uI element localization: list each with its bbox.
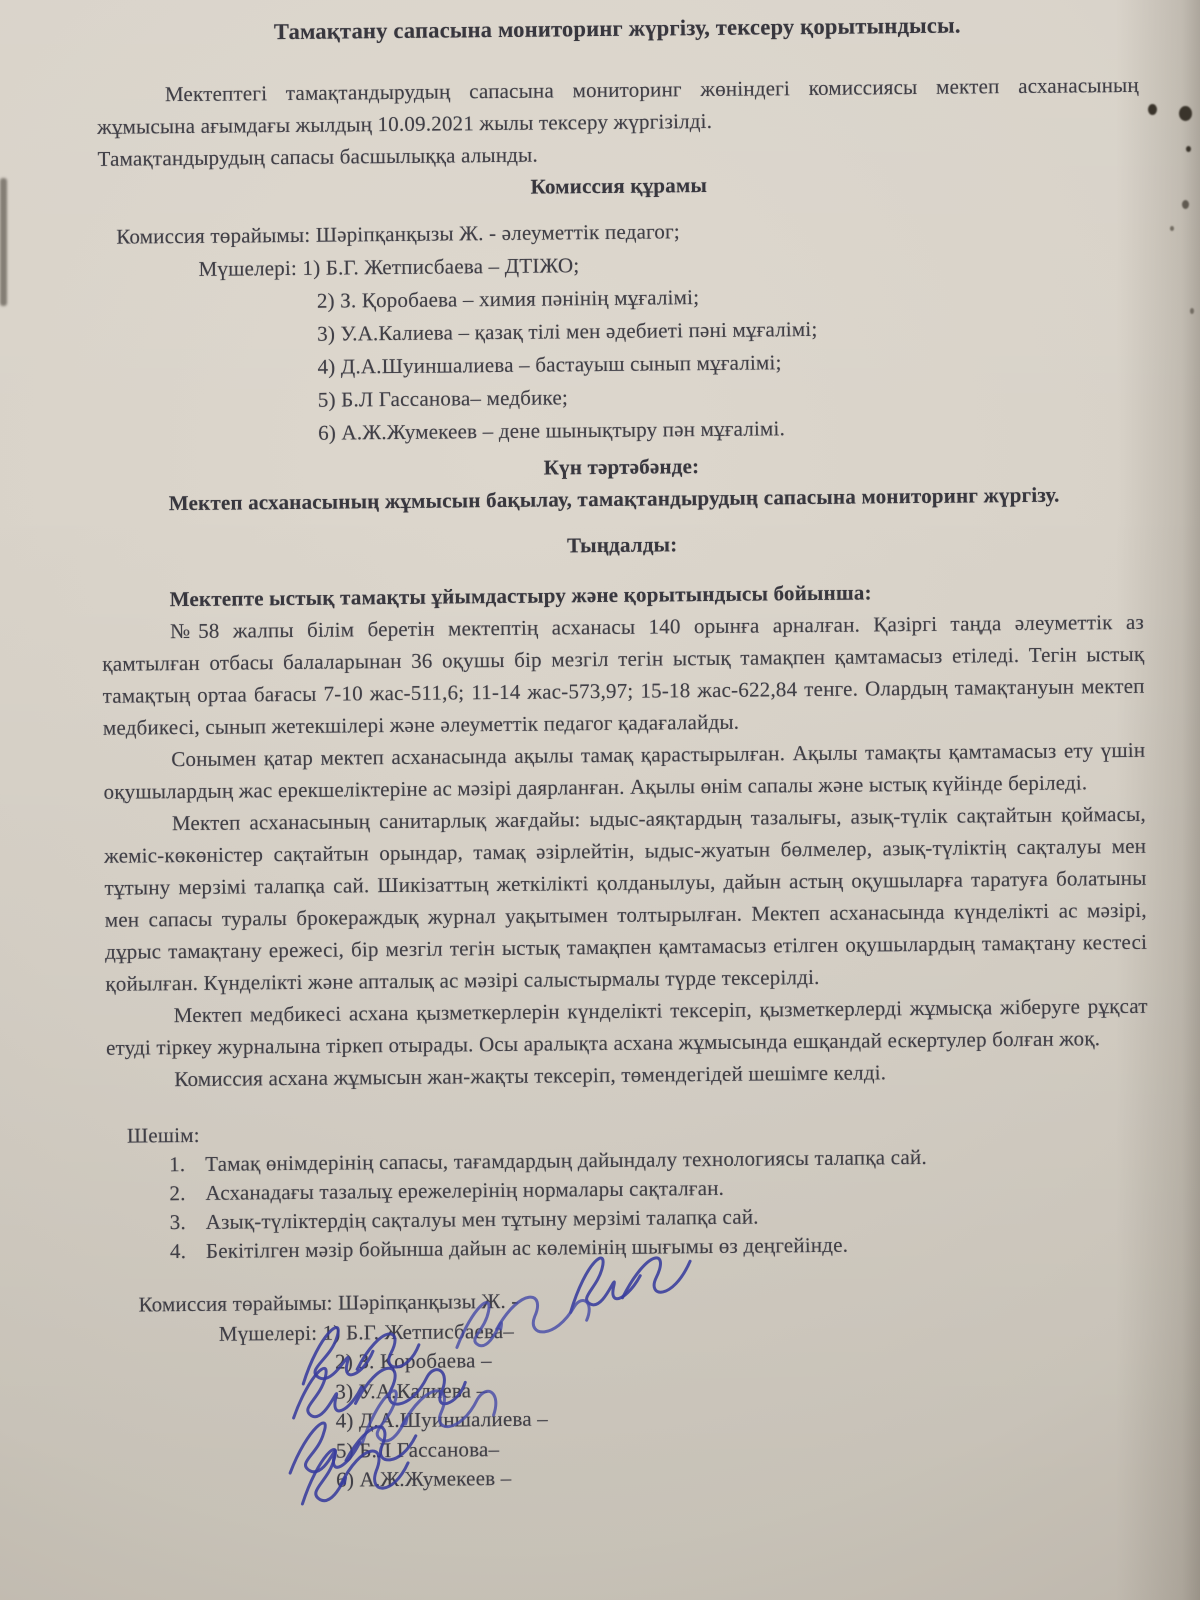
decision-text: Бекітілген мәзір бойынша дайын ас көлемі… bbox=[206, 1231, 848, 1266]
signature-line-text: 4) Д.А.Шуиншалиева – bbox=[336, 1407, 549, 1433]
signature-line-text: 2) З. Қоробаева – bbox=[335, 1348, 492, 1374]
signature-line-text: 6) А.Ж.Жумекеев – bbox=[336, 1466, 511, 1492]
signature-line-text: Мүшелері: 1) Б.Г. Жетписбаева– bbox=[219, 1318, 515, 1345]
signature-line-text: 3) У.А.Калиева – bbox=[335, 1378, 487, 1403]
decision-number: 3. bbox=[108, 1208, 206, 1238]
decision-list: 1. Тамақ өнімдерінің сапасы, тағамдардың… bbox=[107, 1141, 1150, 1267]
body-paragraph: Мектеп асханасының санитарлық жағдайы: ы… bbox=[104, 798, 1148, 1000]
signature-block: Комиссия төрайымы: Шәріпқанқызы Ж. - Мүш… bbox=[108, 1281, 1152, 1497]
signature-line-text: Комиссия төрайымы: Шәріпқанқызы Ж. - bbox=[138, 1289, 518, 1317]
intro-paragraph: Мектептегі тамақтандырудың сапасына мони… bbox=[97, 69, 1140, 143]
heard-heading: Тыңдалды: bbox=[101, 524, 1143, 566]
document-photo: Тамақтану сапасына мониторинг жүргізу, т… bbox=[0, 0, 1200, 1600]
decision-number: 1. bbox=[107, 1150, 205, 1180]
commission-list: Комиссия төрайымы: Шәріпқанқызы Ж. - әле… bbox=[98, 211, 1142, 452]
body-paragraph: №58 жалпы білім беретін мектептің асхана… bbox=[102, 606, 1145, 744]
signature-line-text: 5) Б.Л Гассанова– bbox=[336, 1437, 500, 1463]
body-paragraph: Сонымен қатар мектеп асханасында ақылы т… bbox=[103, 734, 1146, 808]
body-paragraph: Мектеп медбикесі асхана қызметкерлерін к… bbox=[106, 990, 1149, 1064]
decision-number: 2. bbox=[107, 1179, 205, 1209]
document-page: Тамақтану сапасына мониторинг жүргізу, т… bbox=[0, 0, 1200, 1498]
decision-number: 4. bbox=[108, 1237, 206, 1267]
document-title: Тамақтану сапасына мониторинг жүргізу, т… bbox=[96, 9, 1138, 49]
